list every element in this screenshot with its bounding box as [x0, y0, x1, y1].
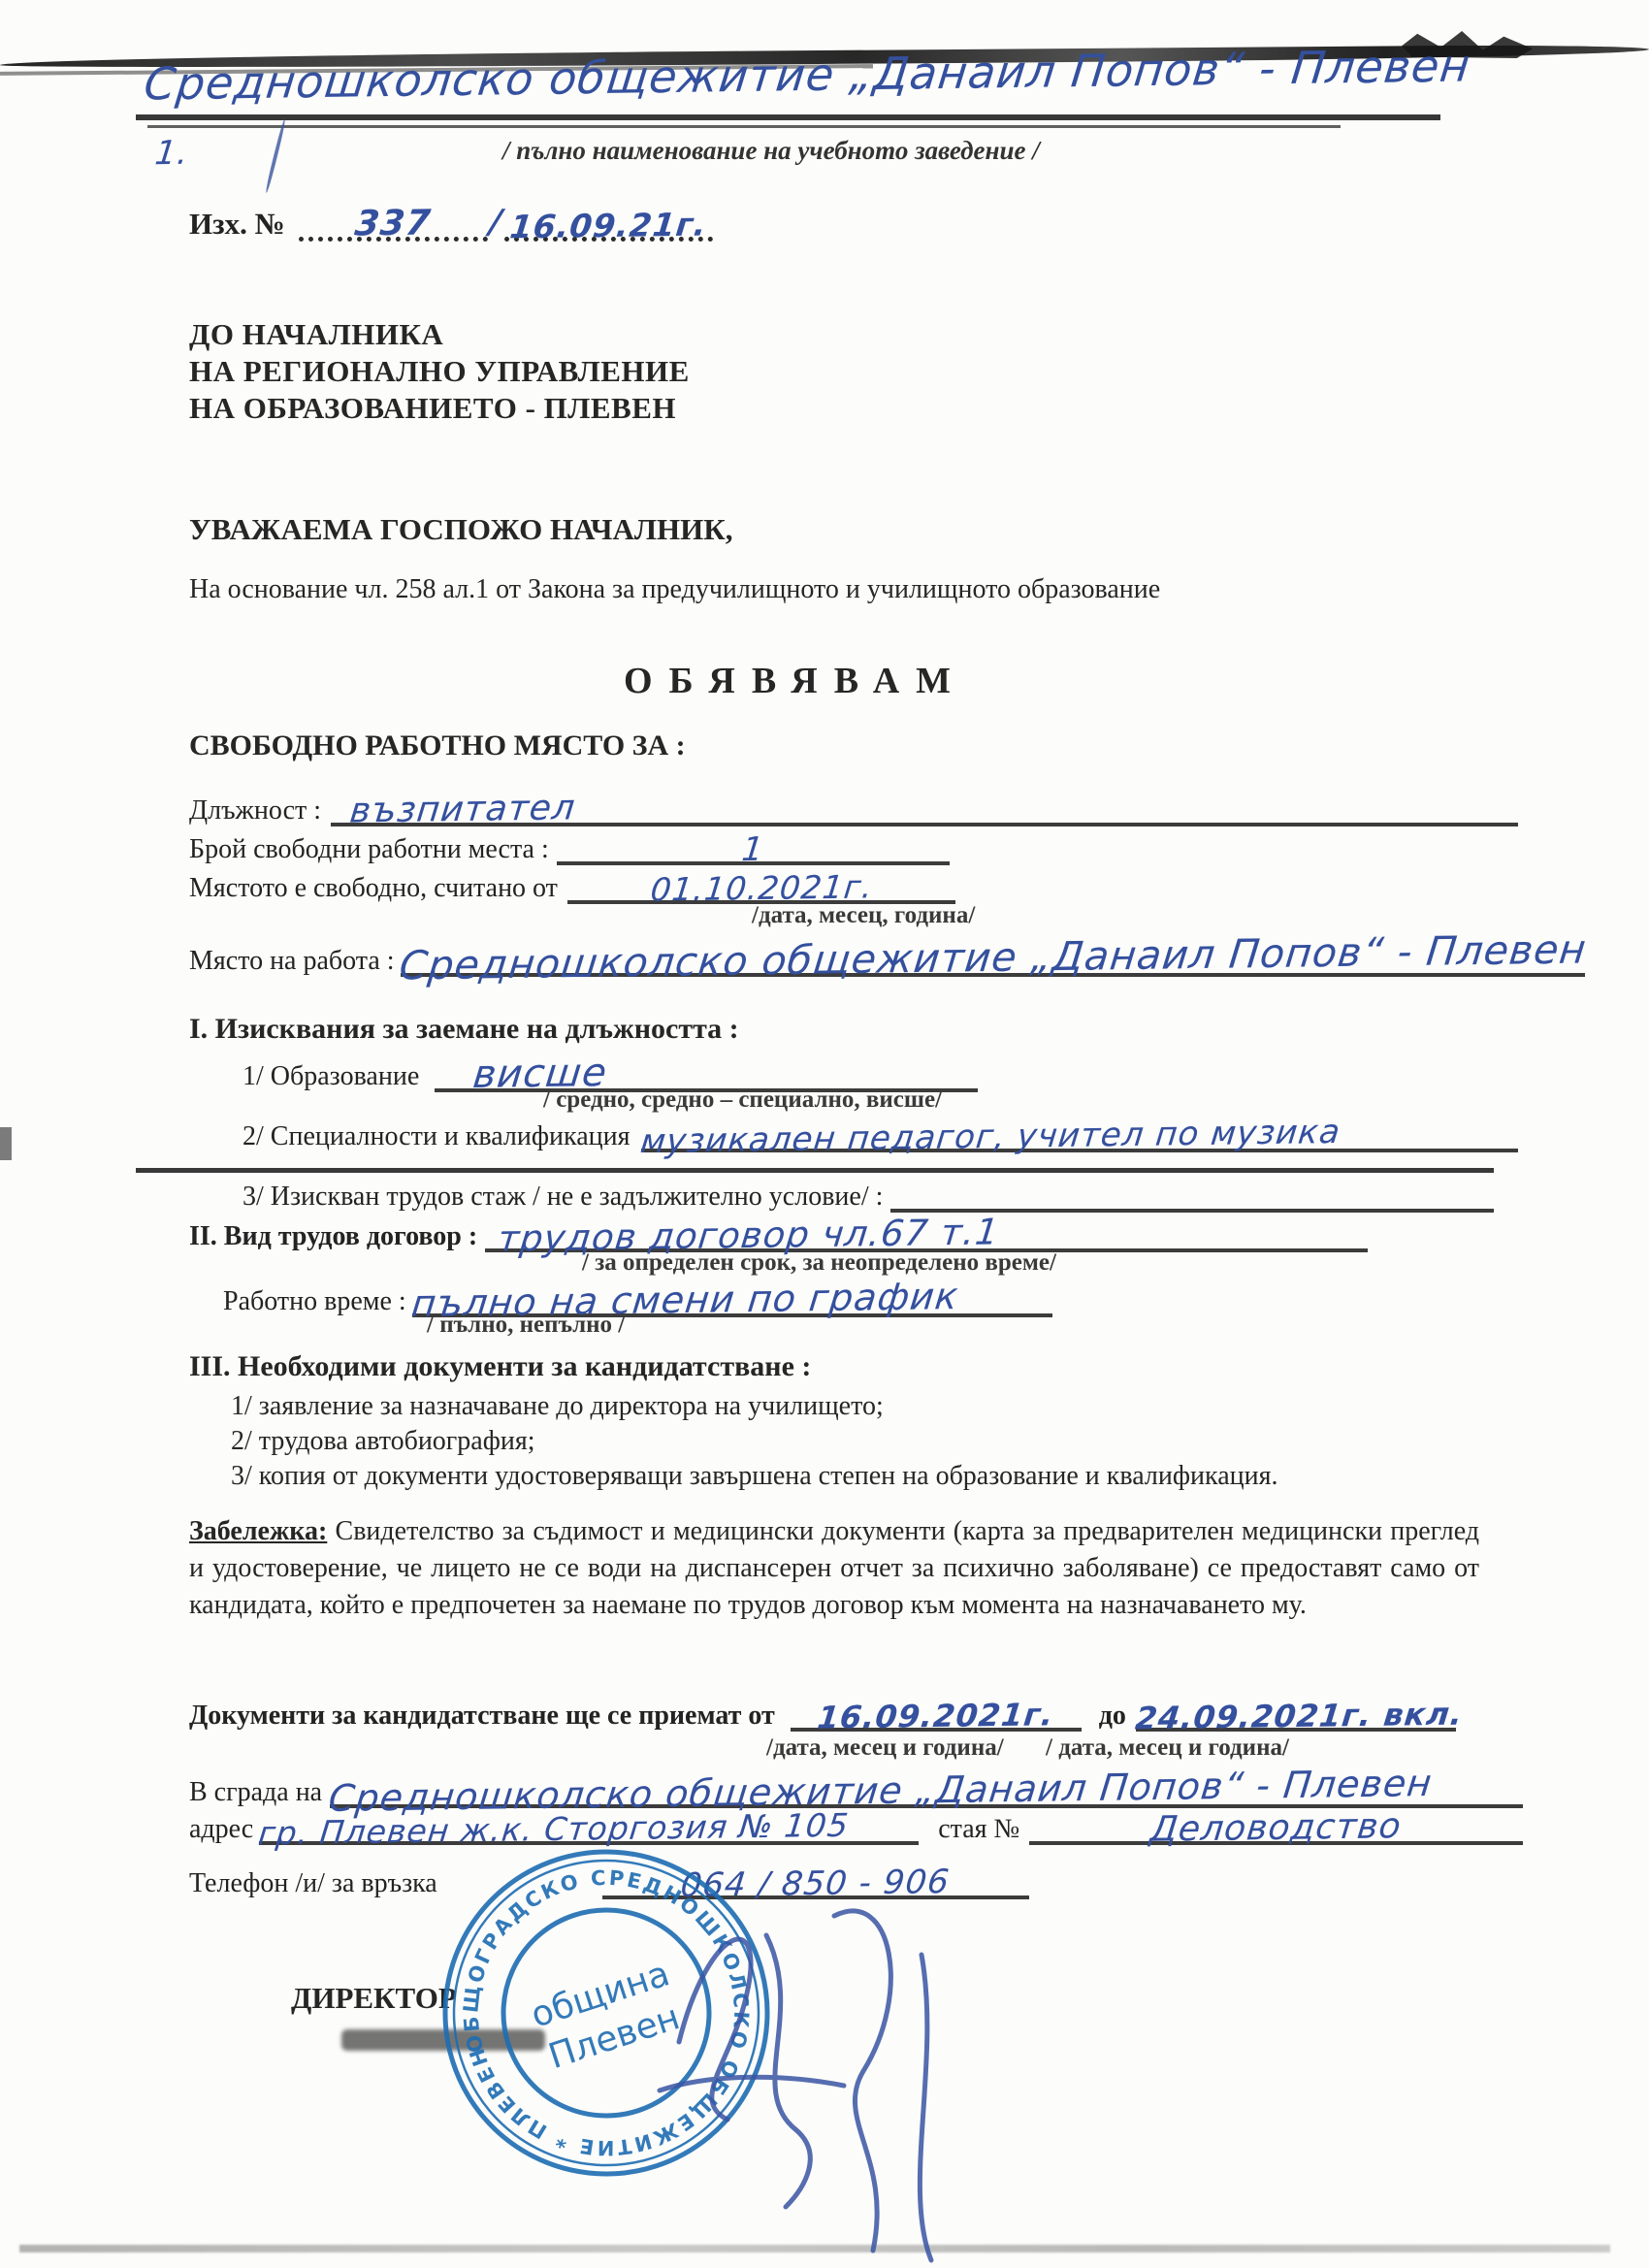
pen-stroke-tail [265, 119, 287, 194]
section3-item-3: 3/ копия от документи удостоверяващи зав… [231, 1459, 1277, 1494]
count-field: 1 [557, 828, 950, 865]
apply-from-field: 16.09.2021г. [791, 1696, 1082, 1732]
apply-from-value: 16.09.2021г. [816, 1699, 1055, 1733]
contract-row: II. Вид трудов договор : трудов договор … [189, 1213, 1368, 1252]
position-label: Длъжност : [189, 795, 321, 826]
section3-item-1: 1/ заявление за назначаване до директора… [231, 1389, 1277, 1424]
room-label: стая № [938, 1814, 1019, 1845]
vacant-from-value: 01.10.2021г. [649, 870, 875, 905]
addressee-block: ДО НАЧАЛНИКА НА РЕГИОНАЛНО УПРАВЛЕНИЕ НА… [189, 316, 690, 427]
contract-caption: / за определен срок, за неопределено вре… [582, 1249, 1056, 1277]
position-row: Длъжност : възпитател [189, 788, 1518, 826]
education-caption: / средно, средно – специално, висше/ [543, 1086, 942, 1114]
margin-number-handwritten: 1. [153, 134, 191, 173]
building-label: В сграда на [189, 1777, 322, 1808]
vacant-from-row: Мястото е свободно, считано от 01.10.202… [189, 867, 955, 904]
section2-title: II. Вид трудов договор : [189, 1221, 477, 1252]
ref-slash: / [488, 203, 505, 242]
scan-edge-mark [0, 1127, 12, 1160]
speciality-label: 2/ Специалности и квалификация [242, 1121, 630, 1152]
worktime-row: Работно време : пълно на смени по график [223, 1277, 1052, 1317]
ref-date-field: 16.09.21г. [504, 205, 713, 242]
section1-title: I. Изисквания за заемане на длъжността : [189, 1013, 739, 1046]
workplace-value: Средношколско общежитие „Данаил Попов“ -… [397, 929, 1588, 986]
ref-row: Изх. № 337 / 16.09.21г. [189, 202, 713, 242]
addressee-line-2: НА РЕГИОНАЛНО УПРАВЛЕНИЕ [189, 353, 690, 390]
addressee-line-3: НА ОБРАЗОВАНИЕТО - ПЛЕВЕН [189, 390, 690, 427]
vacant-from-field: 01.10.2021г. [567, 867, 955, 904]
contract-field: трудов договор чл.67 т.1 [485, 1213, 1368, 1252]
address-row: адрес гр. Плевен ж.к. Сторгозия № 105 ст… [189, 1806, 1523, 1845]
apply-to-value: 24.09.2021г. вкл. [1134, 1699, 1465, 1734]
experience-label: 3/ Изискван трудов стаж / не е задължите… [242, 1182, 883, 1213]
worktime-caption: / пълно, непълно / [427, 1312, 625, 1339]
addressee-line-1: ДО НАЧАЛНИКА [189, 316, 690, 353]
ref-number-field: 337 [299, 202, 488, 242]
speciality-value: музикален педагог, учител по музика [639, 1116, 1342, 1158]
section3-items: 1/ заявление за назначаване до директора… [231, 1389, 1277, 1494]
speciality-field: музикален педагог, учител по музика [641, 1116, 1518, 1152]
header-caption: / пълно наименование на учебното заведен… [502, 136, 1040, 166]
building-field: Средношколско общежитие „Данаил Попов“ -… [330, 1767, 1523, 1808]
signature-scribble-icon [601, 1867, 1145, 2265]
scanned-document-page: Средношколско общежитие „Данаил Попов“ -… [0, 0, 1649, 2268]
note-text: Свидетелство за съдимост и медицински до… [189, 1516, 1479, 1620]
ref-label: Изх. № [189, 207, 285, 242]
workplace-field: Средношколско общежитие „Данаил Попов“ -… [401, 933, 1585, 977]
worktime-label: Работно време : [223, 1286, 406, 1317]
apply-date-caption-2: / дата, месец и година/ [1046, 1734, 1289, 1762]
ref-number-value: 337 [353, 206, 433, 242]
apply-date-caption-1: /дата, месец и година/ [766, 1734, 1004, 1762]
school-name-handwritten: Средношколско общежитие „Данаил Попов“ -… [142, 39, 1473, 110]
apply-to-label: до [1099, 1701, 1126, 1732]
section3-title: III. Необходими документи за кандидатств… [189, 1350, 811, 1383]
room-value: Деловодство [1148, 1809, 1404, 1848]
header-rule [136, 114, 1440, 120]
education-label: 1/ Образование [242, 1061, 419, 1092]
apply-dates-row: Документи за кандидатстване ще се приема… [189, 1696, 1456, 1732]
workplace-label: Място на работа : [189, 946, 395, 977]
room-field: Деловодство [1029, 1806, 1523, 1845]
vacant-from-label: Мястото е свободно, считано от [189, 873, 558, 904]
apply-label: Документи за кандидатстване ще се приема… [189, 1701, 775, 1732]
vacancy-heading: СВОБОДНО РАБОТНО МЯСТО ЗА : [189, 729, 686, 762]
address-label: адрес [189, 1814, 253, 1845]
legal-basis: На основание чл. 258 ал.1 от Закона за п… [189, 574, 1160, 605]
count-row: Брой свободни работни места : 1 [189, 828, 950, 865]
salutation: УВАЖАЕМА ГОСПОЖО НАЧАЛНИК, [189, 512, 732, 547]
building-row: В сграда на Средношколско общежитие „Дан… [189, 1767, 1523, 1808]
workplace-row: Място на работа : Средношколско общежити… [189, 933, 1523, 977]
count-label: Брой свободни работни места : [189, 834, 549, 865]
position-field: възпитател [331, 788, 1518, 826]
note-paragraph: Забележка: Свидетелство за съдимост и ме… [189, 1513, 1479, 1624]
speciality-row: 2/ Специалности и квалификация музикален… [242, 1116, 1518, 1152]
note-label: Забележка: [189, 1516, 327, 1546]
announce-heading: ОБЯВЯВАМ [0, 660, 1591, 702]
count-value: 1 [740, 833, 765, 866]
header-rule-2 [147, 125, 1341, 128]
speciality-continuation-rule [136, 1168, 1494, 1173]
position-value: възпитател [348, 791, 577, 828]
vacant-date-caption: /дата, месец, година/ [752, 902, 975, 929]
apply-to-field: 24.09.2021г. вкл. [1136, 1696, 1456, 1732]
section3-item-2: 2/ трудова автобиография; [231, 1424, 1277, 1459]
ref-date-value: 16.09.21г. [508, 209, 709, 243]
experience-row: 3/ Изискван трудов стаж / не е задължите… [242, 1182, 1494, 1213]
